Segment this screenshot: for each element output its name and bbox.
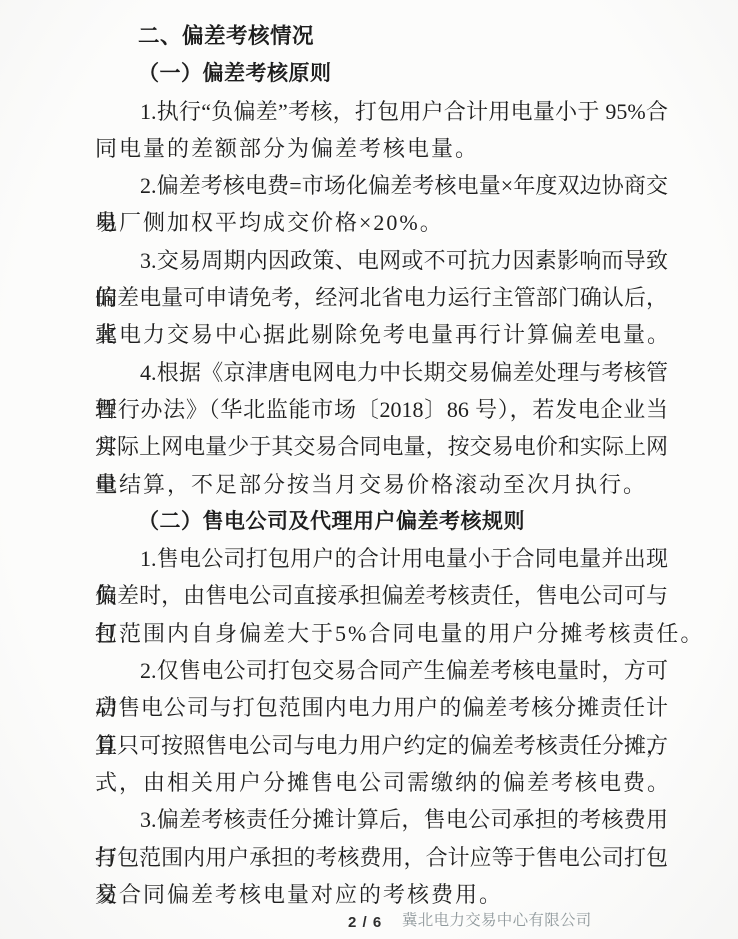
body-text-line: 暂行办法》（华北监能市场〔2018〕86 号），若发电企业当月 <box>95 391 668 428</box>
body-text-line: 实际上网电量少于其交易合同电量，按交易电价和实际上网电 <box>95 428 668 465</box>
body-text-line: 偏差时，由售电公司直接承担偏差考核责任，售电公司可与打 <box>95 577 668 614</box>
body-text-line: 3.交易周期内因政策、电网或不可抗力因素影响而导致的 <box>95 242 668 279</box>
document-body: 二、偏差考核情况（一）偏差考核原则1.执行“负偏差”考核，打包用户合计用电量小于… <box>95 18 668 913</box>
body-text-line: 1.售电公司打包用户的合计用电量小于合同电量并出现负 <box>95 540 668 577</box>
page-number: 2 / 6 <box>348 914 382 931</box>
document-page: 二、偏差考核情况（一）偏差考核原则1.执行“负偏差”考核，打包用户合计用电量小于… <box>0 0 738 939</box>
subsection-heading: （一）偏差考核原则 <box>95 55 668 92</box>
section-heading: 二、偏差考核情况 <box>95 18 668 55</box>
body-text-line: 3.偏差考核责任分摊计算后，售电公司承担的考核费用与 <box>95 801 668 838</box>
body-text-line: 1.执行“负偏差”考核，打包用户合计用电量小于 95%合 <box>95 93 668 130</box>
body-text-line: 量结算，不足部分按当月交易价格滚动至次月执行。 <box>95 466 668 503</box>
body-text-line: 且只可按照售电公司与电力用户约定的偏差考核责任分摊方 <box>95 727 668 764</box>
body-text-line: 打包范围内用户承担的考核费用，合计应等于售电公司打包交 <box>95 839 668 876</box>
body-text-line: 4.根据《京津唐电网电力中长期交易偏差处理与考核管理 <box>95 354 668 391</box>
footer-company-watermark: 冀北电力交易中心有限公司 <box>402 908 592 930</box>
body-text-line: 北电力交易中心据此剔除免考电量再行计算偏差电量。 <box>95 316 668 353</box>
body-text-line: 电厂侧加权平均成交价格×20%。 <box>95 204 668 241</box>
body-text-line: 2.偏差考核电费=市场化偏差考核电量×年度双边协商交易 <box>95 167 668 204</box>
subsection-heading: （二）售电公司及代理用户偏差考核规则 <box>95 503 668 540</box>
body-text-line: 包范围内自身偏差大于5%合同电量的用户分摊考核责任。 <box>95 615 668 652</box>
body-text-line: 2.仅售电公司打包交易合同产生偏差考核电量时，方可启 <box>95 652 668 689</box>
body-text-line: 式，由相关用户分摊售电公司需缴纳的偏差考核电费。 <box>95 764 668 801</box>
body-text-line: 偏差电量可申请免考，经河北省电力运行主管部门确认后，冀 <box>95 279 668 316</box>
body-text-line: 动售电公司与打包范围内电力用户的偏差考核分摊责任计算， <box>95 689 668 726</box>
body-text-line: 同电量的差额部分为偏差考核电量。 <box>95 130 668 167</box>
